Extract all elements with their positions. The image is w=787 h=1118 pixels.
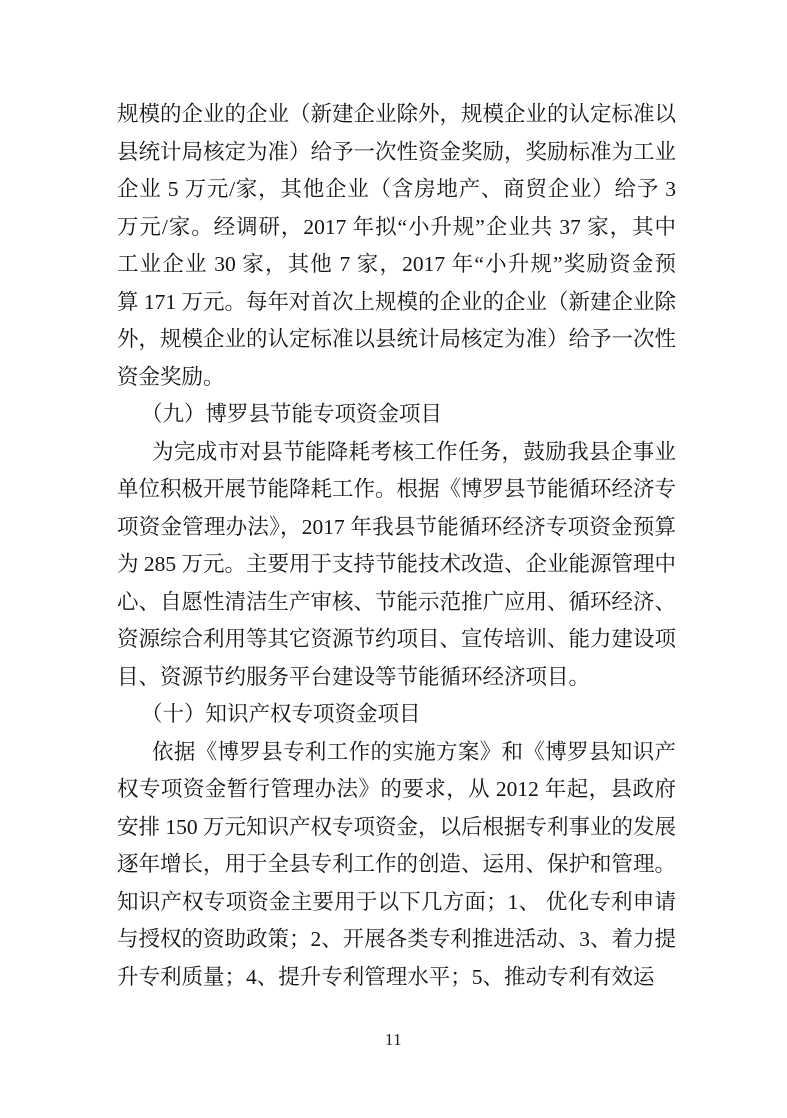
paragraph: 依据《博罗县专利工作的实施方案》和《博罗县知识产权专项资金暂行管理办法》的要求，… <box>117 734 676 997</box>
text-line: 县统计局核定为准）给予一次性资金奖励，奖励标准为工业 <box>117 134 676 172</box>
paragraph: 规模的企业的企业（新建企业除外，规模企业的认定标准以县统计局核定为准）给予一次性… <box>117 96 676 396</box>
text-line: 为 285 万元。主要用于支持节能技术改造、企业能源管理中 <box>117 546 676 584</box>
text-line: 资金奖励。 <box>117 359 676 397</box>
text-line: 知识产权专项资金主要用于以下几方面；1、 优化专利申请 <box>117 884 676 922</box>
text-line: 工业企业 30 家，其他 7 家，2017 年“小升规”奖励资金预 <box>117 246 676 284</box>
section-heading: （九）博罗县节能专项资金项目 <box>117 396 676 434</box>
text-line: 外，规模企业的认定标准以县统计局核定为准）给予一次性 <box>117 321 676 359</box>
text-line: 心、自愿性清洁生产审核、节能示范推广应用、循环经济、 <box>117 584 676 622</box>
text-line: 目、资源节约服务平台建设等节能循环经济项目。 <box>117 659 676 697</box>
text-line: 权专项资金暂行管理办法》的要求，从 2012 年起，县政府 <box>117 771 676 809</box>
paragraph: 为完成市对县节能降耗考核工作任务，鼓励我县企事业单位积极开展节能降耗工作。根据《… <box>117 434 676 697</box>
text-line: 单位积极开展节能降耗工作。根据《博罗县节能循环经济专 <box>117 471 676 509</box>
text-line: 逐年增长，用于全县专利工作的创造、运用、保护和管理。 <box>117 846 676 884</box>
text-line: 升专利质量；4、提升专利管理水平；5、推动专利有效运用； <box>117 959 676 997</box>
text-line: 万元/家。经调研，2017 年拟“小升规”企业共 37 家，其中 <box>117 209 676 247</box>
text-line: 与授权的资助政策；2、开展各类专利推进活动、3、着力提 <box>117 921 676 959</box>
text-line: 资源综合利用等其它资源节约项目、宣传培训、能力建设项 <box>117 621 676 659</box>
text-line: 为完成市对县节能降耗考核工作任务，鼓励我县企事业 <box>117 434 676 472</box>
section-heading: （十）知识产权专项资金项目 <box>117 696 676 734</box>
text-line: 项资金管理办法》，2017 年我县节能循环经济专项资金预算 <box>117 509 676 547</box>
document-body: 规模的企业的企业（新建企业除外，规模企业的认定标准以县统计局核定为准）给予一次性… <box>117 96 676 996</box>
text-line: 依据《博罗县专利工作的实施方案》和《博罗县知识产 <box>117 734 676 772</box>
text-line: 企业 5 万元/家，其他企业（含房地产、商贸企业）给予 3 <box>117 171 676 209</box>
text-line: 算 171 万元。每年对首次上规模的企业的企业（新建企业除 <box>117 284 676 322</box>
text-line: （九）博罗县节能专项资金项目 <box>117 396 676 434</box>
document-page: 规模的企业的企业（新建企业除外，规模企业的认定标准以县统计局核定为准）给予一次性… <box>0 0 787 1118</box>
text-line: 安排 150 万元知识产权专项资金，以后根据专利事业的发展 <box>117 809 676 847</box>
page-number: 11 <box>0 1030 787 1050</box>
text-line: 规模的企业的企业（新建企业除外，规模企业的认定标准以 <box>117 96 676 134</box>
text-line: （十）知识产权专项资金项目 <box>117 696 676 734</box>
